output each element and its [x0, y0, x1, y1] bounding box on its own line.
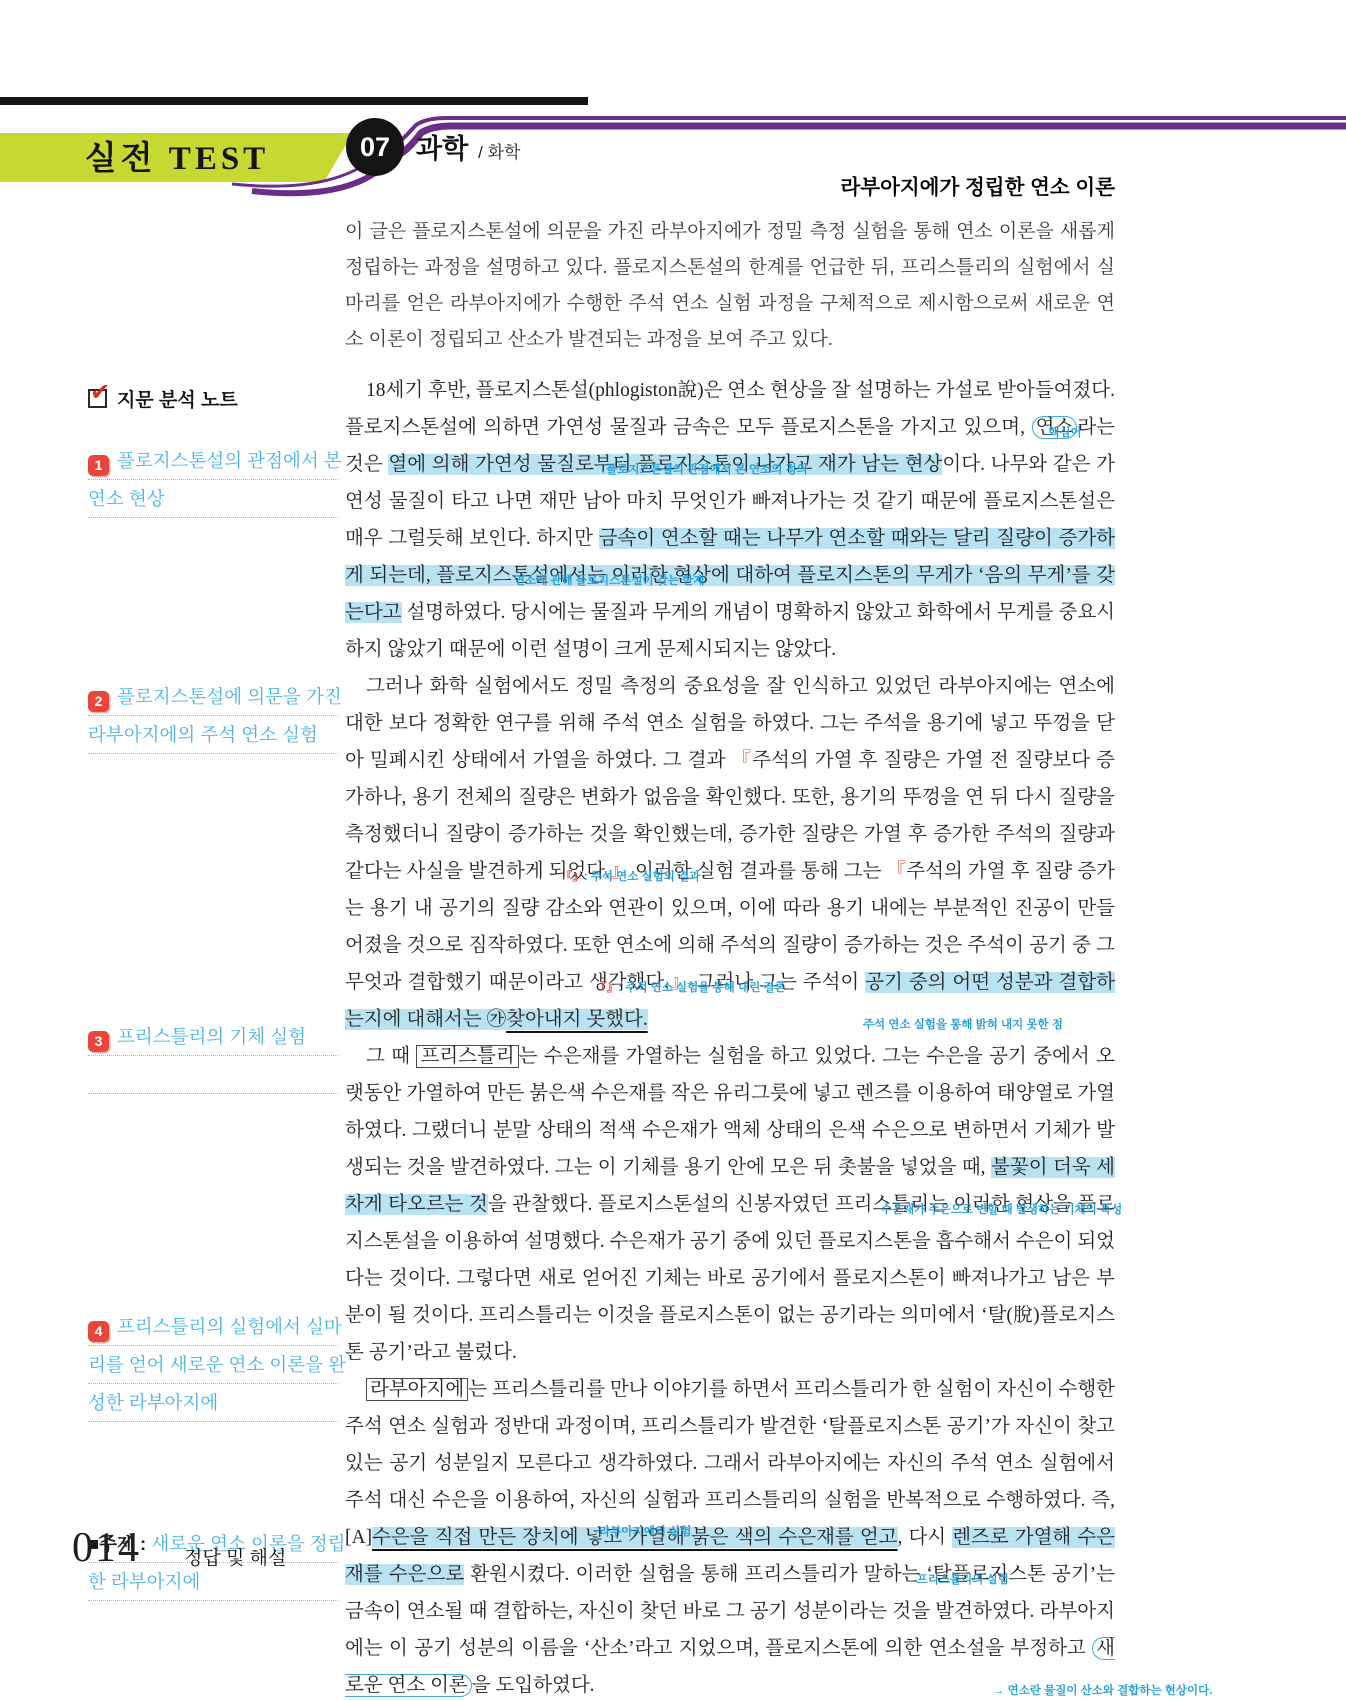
note-number-badge: 4 — [88, 1321, 109, 1342]
sidebar-note-line: 연소 현상 — [88, 480, 338, 518]
passage-paragraph: 그러나 화학 실험에서도 정밀 측정의 중요성을 잘 인식하고 있었던 라부아지… — [345, 668, 1115, 1038]
sidebar-note-line: 4프리스틀리의 실험에서 실마 — [88, 1308, 338, 1346]
sidebar-note-line: 성한 라부아지에 — [88, 1384, 338, 1422]
margin-annotation: 프리스틀리의 실험 — [896, 1575, 1009, 1587]
note-number-badge: 1 — [88, 455, 109, 476]
annotated-phrase: 』『』: 주석 연소 실험을 통해 내린 결론 — [669, 972, 691, 993]
margin-annotation: → 연소란 물질이 산소와 결합하는 현상이다. — [972, 1686, 1213, 1698]
passage-run-box: 프리스틀리 — [416, 1045, 518, 1068]
checkbox-check-icon: ✔ — [88, 389, 107, 408]
passage-run-plain: 을 관찰했다. 플로지스톤설의 신봉자였던 프리스틀리는 이러한 현상을 플로지… — [345, 1194, 1115, 1363]
passage-paragraph: 라부아지에는 프리스틀리를 만나 이야기를 하면서 프리스틀리가 한 실험이 자… — [345, 1371, 1115, 1700]
passage-title: 라부아지에가 정립한 연소 이론 — [345, 170, 1115, 200]
passage: 18세기 후반, 플로지스톤설(phlogiston說)은 연소 현상을 잘 설… — [345, 372, 1115, 1700]
sidebar-note-line: 3프리스틀리의 기체 실험 — [88, 1018, 338, 1056]
sidebar-note-item: 4프리스틀리의 실험에서 실마리를 얻어 새로운 연소 이론을 완성한 라부아지… — [88, 1308, 338, 1422]
passage-run-plain: 18세기 후반, 플로지스톤설(phlogiston說)은 연소 현상을 잘 설… — [345, 380, 1115, 438]
note-number-badge: 2 — [88, 691, 109, 712]
margin-annotation: 라부아지에의 실험 — [578, 1527, 691, 1539]
margin-annotation: 『』: 주석 연소 실험의 결과 — [540, 872, 701, 884]
sidebar-note-line: 리를 얻어 새로운 연소 이론을 완 — [88, 1346, 338, 1384]
sidebar-note-line: 1플로지스톤설의 관점에서 본 — [88, 442, 338, 480]
passage-paragraph: 18세기 후반, 플로지스톤설(phlogiston說)은 연소 현상을 잘 설… — [345, 372, 1115, 668]
margin-annotation: 『』: 주석 연소 실험을 통해 내린 결론 — [574, 983, 785, 995]
sidebar-note-item: 2플로지스톤설에 의문을 가진라부아지에의 주석 연소 실험 — [88, 678, 338, 754]
sidebar-note-line: 라부아지에의 주석 연소 실험 — [88, 716, 338, 754]
unit-number-badge: 07 — [346, 118, 404, 176]
subject-sublabel: / 화학 — [478, 138, 520, 163]
passage-run-plain: , 다시 — [898, 1527, 953, 1548]
sidebar-note-line: 2플로지스톤설에 의문을 가진 — [88, 678, 338, 716]
annotated-phrase: 』『』: 주석 연소 실험의 결과 — [610, 861, 630, 882]
passage-run-plain: 그 때 — [366, 1046, 416, 1067]
passage-run-plain: 을 도입하였다. — [472, 1675, 595, 1696]
passage-run-hl: 공기 중의 — [865, 972, 952, 993]
passage-run-box: 라부아지에 — [366, 1378, 468, 1401]
margin-annotation: 핵심어 — [1027, 428, 1081, 440]
annotated-phrase: 연소핵심어 — [1032, 417, 1078, 438]
analysis-note-sidebar: ✔ 지문 분석 노트 1플로지스톤설의 관점에서 본연소 현상2플로지스톤설에 … — [88, 385, 338, 412]
analysis-note-title: 지문 분석 노트 — [117, 385, 238, 412]
footer-label: 정답 및 해설 — [184, 1543, 286, 1570]
margin-annotation: 연소에 관해 플로지스톤설이 갖는 한계 — [493, 576, 705, 588]
test-banner: 실전 TEST — [62, 130, 292, 180]
sidebar-note-line — [88, 1056, 338, 1094]
margin-annotation: 플로지스톤설의 관점에서 본 연소의 정의 — [585, 465, 808, 477]
passage-run-rb: 『 — [732, 750, 753, 771]
page-number: 014 — [72, 1524, 141, 1572]
intro-summary: 이 글은 플로지스톤설에 의문을 가진 라부아지에가 정밀 측정 실험을 통해 … — [345, 214, 1115, 358]
margin-annotation: 수은재가 수은으로 변할 때 발생하는 기체의 특성 — [860, 1205, 1122, 1217]
annotated-phrase: 해 가연성 물질로부터 플로지스톤이 나가고 재가 남는 현상플로지스톤설의 관… — [451, 454, 943, 475]
sidebar-note-item: 3프리스틀리의 기체 실험 — [88, 1018, 338, 1094]
passage-run-rb: 『 — [887, 861, 907, 882]
passage-run-hlu: 찾아내지 못했다. — [506, 1009, 648, 1030]
intro-section: 라부아지에가 정립한 연소 이론 이 글은 플로지스톤설에 의문을 가진 라부아… — [345, 170, 1115, 358]
annotated-phrase: 수은을 직접 만든 장치에 넣고 가열해 붉은 색의 수은재를 얻고라부아지에의… — [372, 1527, 897, 1548]
margin-annotation: 주석 연소 실험을 통해 밝혀 내지 못한 점 — [842, 1020, 1063, 1032]
workbook-page: 실전 TEST 07 과학 / 화학 라부아지에가 정립한 연소 이론 이 글은… — [0, 0, 1346, 1700]
passage-run-hl: 열에 의 — [388, 454, 450, 475]
subject-label: 과학 — [416, 127, 468, 166]
passage-run-plain: 설명하였다. 당시에는 물질과 무게의 개념이 명확하지 않았고 화학에서 무게… — [345, 602, 1115, 660]
passage-run-plain: 는 프리스틀리를 만나 이야기를 하면서 프리스틀리가 한 실험이 자신이 수행… — [345, 1379, 1115, 1548]
note-number-badge: 3 — [88, 1031, 109, 1052]
subject-heading: 과학 / 화학 — [416, 127, 520, 166]
analysis-note-title-row: ✔ 지문 분석 노트 — [88, 385, 338, 412]
passage-paragraph: 그 때 프리스틀리는 수은재를 가열하는 실험을 하고 있었다. 그는 수은을 … — [345, 1038, 1115, 1371]
sidebar-note-item: 1플로지스톤설의 관점에서 본연소 현상 — [88, 442, 338, 518]
